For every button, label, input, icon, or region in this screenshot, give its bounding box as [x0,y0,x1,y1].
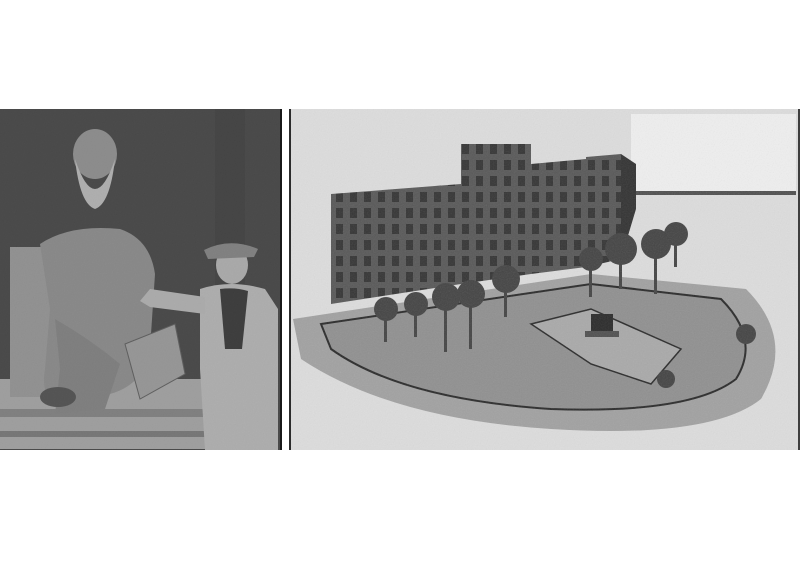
statue-scene [0,109,280,450]
photo-statue-and-sculptor: Sculptor in cap and coat standing beside… [0,109,282,450]
photo-architectural-model: Architectural model of a large building … [289,109,800,450]
model-scene [291,109,798,450]
